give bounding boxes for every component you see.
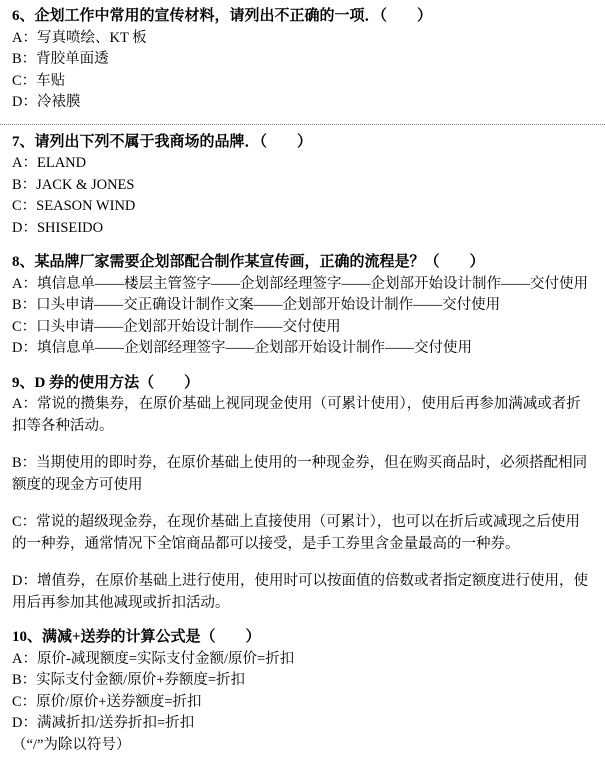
option-label: D： xyxy=(12,340,37,356)
q9-option-c: C：常说的超级现金券，在现价基础上直接使用（可累计），也可以在折后或减现之后使用… xyxy=(12,512,593,555)
option-label: C： xyxy=(12,73,36,89)
q6-option-a: A：写真喷绘、KT 板 xyxy=(12,28,593,50)
option-label: D： xyxy=(12,220,37,236)
option-text: SHISEIDO xyxy=(37,220,103,236)
option-text: JACK & JONES xyxy=(36,177,134,193)
question-7-title: 7、请列出下列不属于我商场的品牌．（ ） xyxy=(12,132,593,154)
option-label: D： xyxy=(12,715,37,731)
q10-option-d: D：满减折扣/送券折扣=折扣 xyxy=(12,713,593,735)
option-text: 冷裱膜 xyxy=(37,94,81,110)
option-label: A： xyxy=(12,396,37,412)
option-text: 当期使用的即时券，在原价基础上使用的一种现金券，但在购买商品时，必须搭配相同额度… xyxy=(12,455,587,493)
question-8: 8、某品牌厂家需要企划部配合制作某宣传画，正确的流程是？（ ） A：填信息单——… xyxy=(0,252,605,360)
option-label: A： xyxy=(12,651,37,667)
q7-option-d: D：SHISEIDO xyxy=(12,218,593,240)
option-label: C： xyxy=(12,514,36,530)
q8-option-a: A：填信息单——楼层主管签字——企划部经理签字——企划部开始设计制作——交付使用 xyxy=(12,274,593,296)
question-10: 10、满减+送券的计算公式是（ ） A：原价-减现额度=实际支付金额/原价=折扣… xyxy=(0,627,605,756)
exam-document: 6、企划工作中常用的宣传材料，请列出不正确的一项．（ ） A：写真喷绘、KT 板… xyxy=(0,0,605,756)
option-label: B： xyxy=(12,177,36,193)
question-9-title: 9、D 券的使用方法（ ） xyxy=(12,373,593,395)
option-text: 增值券，在原价基础上进行使用，使用时可以按面值的倍数或者指定额度进行使用，使用后… xyxy=(12,573,588,611)
q10-option-b: B：实际支付金额/原价+券额度=折扣 xyxy=(12,670,593,692)
question-7: 7、请列出下列不属于我商场的品牌．（ ） A：ELAND B：JACK & JO… xyxy=(0,132,605,240)
dotted-separator xyxy=(0,124,605,125)
q6-option-c: C：车贴 xyxy=(12,71,593,93)
option-text: 常说的攒集券，在原价基础上视同现金使用（可累计使用），使用后再参加满减或者折扣等… xyxy=(12,396,581,434)
option-label: A： xyxy=(12,155,37,171)
option-label: A： xyxy=(12,30,37,46)
question-8-title: 8、某品牌厂家需要企划部配合制作某宣传画，正确的流程是？（ ） xyxy=(12,252,593,274)
option-label: D： xyxy=(12,94,37,110)
option-text: 实际支付金额/原价+券额度=折扣 xyxy=(36,672,245,688)
option-text: 填信息单——企划部经理签字——企划部开始设计制作——交付使用 xyxy=(37,340,472,356)
q9-option-b: B：当期使用的即时券，在原价基础上使用的一种现金券，但在购买商品时，必须搭配相同… xyxy=(12,453,593,496)
option-text: 背胶单面透 xyxy=(36,51,109,67)
option-text: 车贴 xyxy=(36,73,65,89)
option-label: D： xyxy=(12,573,37,589)
question-9: 9、D 券的使用方法（ ） A：常说的攒集券，在原价基础上视同现金使用（可累计使… xyxy=(0,373,605,615)
option-label: B： xyxy=(12,51,36,67)
option-text: 写真喷绘、KT 板 xyxy=(37,30,147,46)
option-text: 原价-减现额度=实际支付金额/原价=折扣 xyxy=(37,651,294,667)
q7-option-c: C：SEASON WIND xyxy=(12,196,593,218)
question-6-title: 6、企划工作中常用的宣传材料，请列出不正确的一项．（ ） xyxy=(12,6,593,28)
question-6: 6、企划工作中常用的宣传材料，请列出不正确的一项．（ ） A：写真喷绘、KT 板… xyxy=(0,6,605,114)
option-text: 口头申请——企划部开始设计制作——交付使用 xyxy=(36,319,341,335)
option-label: B： xyxy=(12,455,36,471)
option-text: 常说的超级现金券，在现价基础上直接使用（可累计），也可以在折后或减现之后使用的一… xyxy=(12,514,580,552)
q7-option-a: A：ELAND xyxy=(12,153,593,175)
division-symbol-note: （“/”为除以符号） xyxy=(12,735,593,757)
q9-option-a: A：常说的攒集券，在原价基础上视同现金使用（可累计使用），使用后再参加满减或者折… xyxy=(12,394,593,437)
option-label: B： xyxy=(12,297,36,313)
q10-option-a: A：原价-减现额度=实际支付金额/原价=折扣 xyxy=(12,649,593,671)
option-text: 填信息单——楼层主管签字——企划部经理签字——企划部开始设计制作——交付使用 xyxy=(37,276,588,292)
q10-option-c: C：原价/原价+送券额度=折扣 xyxy=(12,692,593,714)
option-text: 原价/原价+送券额度=折扣 xyxy=(36,694,201,710)
option-label: C： xyxy=(12,694,36,710)
option-text: 满减折扣/送券折扣=折扣 xyxy=(37,715,194,731)
q8-option-b: B：口头申请——交正确设计制作文案——企划部开始设计制作——交付使用 xyxy=(12,295,593,317)
q7-option-b: B：JACK & JONES xyxy=(12,175,593,197)
question-10-title: 10、满减+送券的计算公式是（ ） xyxy=(12,627,593,649)
option-label: C： xyxy=(12,319,36,335)
option-text: 口头申请——交正确设计制作文案——企划部开始设计制作——交付使用 xyxy=(36,297,500,313)
q6-option-d: D：冷裱膜 xyxy=(12,92,593,114)
option-label: A： xyxy=(12,276,37,292)
q9-option-d: D：增值券，在原价基础上进行使用，使用时可以按面值的倍数或者指定额度进行使用，使… xyxy=(12,571,593,614)
option-label: C： xyxy=(12,198,36,214)
q8-option-d: D：填信息单——企划部经理签字——企划部开始设计制作——交付使用 xyxy=(12,338,593,360)
option-label: B： xyxy=(12,672,36,688)
option-text: ELAND xyxy=(37,155,86,171)
q6-option-b: B：背胶单面透 xyxy=(12,49,593,71)
q8-option-c: C：口头申请——企划部开始设计制作——交付使用 xyxy=(12,317,593,339)
option-text: SEASON WIND xyxy=(36,198,135,214)
